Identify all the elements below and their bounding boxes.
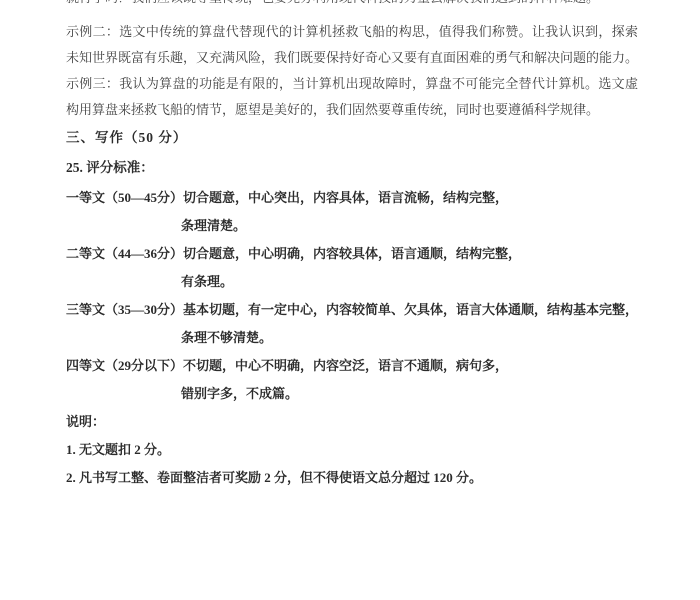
example3-paragraph-line1: 示例三：我认为算盘的功能是有限的，当计算机出现故障时，算盘不可能完全替代计算机。…: [66, 71, 638, 97]
rubric-grade4-criteria: 四等文（29分以下）不切题，中心不明确，内容空泛，语言不通顺，病句多，: [66, 352, 638, 380]
rubric-grade2-continuation: 有条理。: [66, 268, 638, 296]
document-page: 就行了吗？我们应该既尊重传统，也要充分利用现代科技的力量去解决我们遇到的种种难题…: [0, 0, 700, 600]
rubric-grade1-continuation: 条理清楚。: [66, 212, 638, 240]
rubric-grade1-criteria: 一等文（50—45分）切合题意，中心突出，内容具体，语言流畅，结构完整，: [66, 184, 638, 212]
rubric-grade4-continuation: 错别字多，不成篇。: [66, 380, 638, 408]
notes-heading: 说明：: [66, 408, 638, 436]
example2-paragraph-line2: 未知世界既富有乐趣，又充满风险，我们既要保持好奇心又要有直面困难的勇气和解决问题…: [66, 45, 638, 71]
rubric-grade3-criteria: 三等文（35—30分）基本切题，有一定中心，内容较简单、欠具体，语言大体通顺，结…: [66, 296, 638, 324]
example2-paragraph-line1: 示例二：选文中传统的算盘代替现代的计算机拯救飞船的构思，值得我们称赞。让我认识到…: [66, 19, 638, 45]
section-heading-writing: 三、写作（50 分）: [66, 125, 638, 151]
note-item-1: 1. 无文题扣 2 分。: [66, 436, 638, 464]
clipped-top-text: 就行了吗？我们应该既尊重传统，也要充分利用现代科技的力量去解决我们遇到的种种难题…: [66, 0, 638, 8]
note-item-2: 2. 凡书写工整、卷面整洁者可奖励 2 分，但不得使语文总分超过 120 分。: [66, 464, 638, 492]
example3-paragraph-line2: 构用算盘来拯救飞船的情节，愿望是美好的，我们固然要尊重传统，同时也要遵循科学规律…: [66, 97, 638, 123]
clipped-top-text-line: 就行了吗？我们应该既尊重传统，也要充分利用现代科技的力量去解决我们遇到的种种难题…: [66, 0, 638, 8]
rubric-grade2-criteria: 二等文（44—36分）切合题意，中心明确，内容较具体，语言通顺，结构完整，: [66, 240, 638, 268]
rubric-grade3-continuation: 条理不够清楚。: [66, 324, 638, 352]
item-heading-scoring-criteria: 25. 评分标准：: [66, 155, 638, 181]
